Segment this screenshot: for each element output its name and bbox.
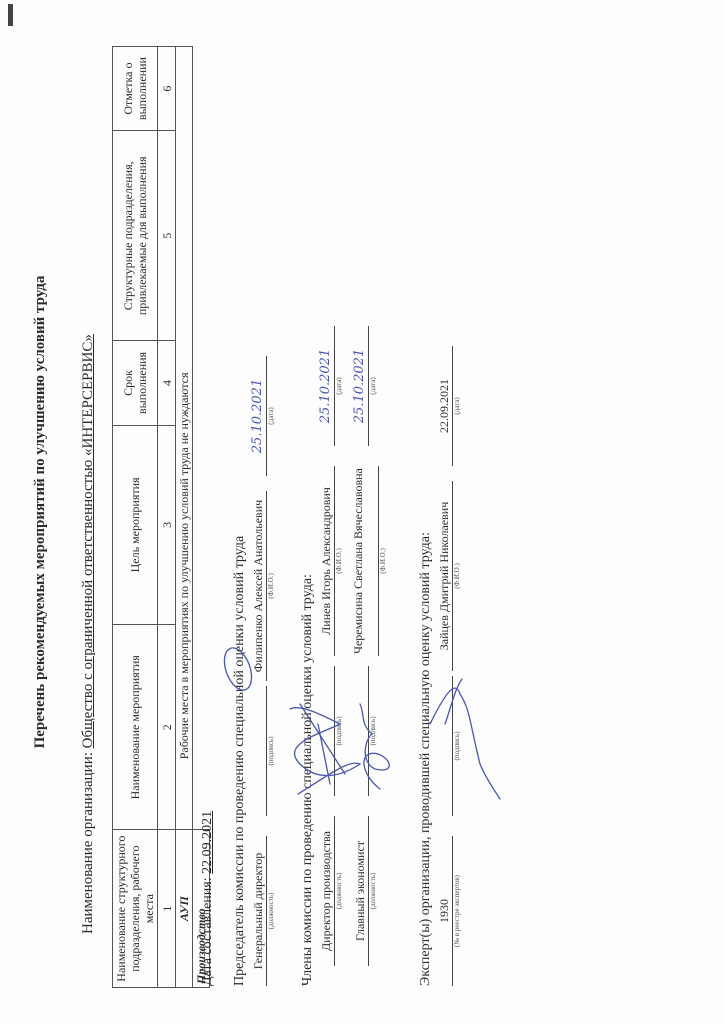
header-departments: Структурные подразделения, привлекаемые …: [113, 131, 158, 341]
chairman-date: 25.10.2021: [250, 356, 267, 476]
header-measure: Наименование мероприятия: [113, 625, 158, 830]
header-deadline: Срок выполнения: [113, 341, 158, 425]
date-compiled-label: Дата составления:: [200, 877, 215, 986]
col-number: 1: [158, 830, 176, 988]
chairman-position: Генеральный директор: [250, 836, 267, 986]
note-cell: Рабочие места в мероприятиях по улучшени…: [176, 47, 193, 830]
caption-date: (дата): [335, 326, 344, 446]
table-header-row: Наименование структурного подразделения,…: [113, 47, 158, 988]
date-compiled-value: 22.09.2021: [200, 811, 215, 874]
caption-signature: (подпись): [369, 666, 378, 796]
organization-label: Наименование организации:: [80, 752, 96, 934]
expert-signature-field: [436, 676, 453, 816]
caption-fio: (Ф.И.О.): [453, 481, 462, 671]
table-number-row: 1 2 3 4 5 6: [158, 47, 176, 988]
document-page: Перечень рекомендуемых мероприятий по ул…: [0, 0, 724, 1024]
expert-section-title: Эксперт(ы) организации, проводившей спец…: [418, 532, 434, 986]
member-position: Главный экономист: [352, 816, 368, 966]
chairman-signature-field: [250, 686, 267, 816]
caption-signature: (подпись): [335, 666, 344, 796]
organization-value: Общество с ограниченной ответственностью…: [80, 334, 96, 748]
measures-table: Наименование структурного подразделения,…: [112, 46, 210, 988]
header-goal: Цель мероприятия: [113, 425, 158, 625]
expert-signature-row: 1930 (№ в реестре экспертов) (подпись) З…: [436, 36, 476, 986]
caption-signature: (подпись): [453, 676, 462, 816]
chairman-name: Филипенко Алексей Анатольевич: [250, 491, 267, 681]
expert-date: 22.09.2021: [436, 346, 453, 466]
header-unit: Наименование структурного подразделения,…: [113, 830, 158, 988]
member-signature-field: [352, 666, 369, 796]
member-name: Черемисина Светлана Вячеславовна: [352, 466, 379, 656]
caption-registry: (№ в реестре экспертов): [453, 836, 462, 986]
expert-name: Зайцев Дмитрий Николаевич: [436, 481, 453, 671]
member-date: 25.10.2021: [318, 326, 335, 446]
scan-artifact: [8, 4, 13, 26]
date-compiled-line: Дата составления: 22.09.2021: [200, 811, 216, 986]
expert-registry-number: 1930: [436, 836, 453, 986]
members-section-title: Члены комиссии по проведению специальной…: [300, 574, 316, 986]
table-row: АУП Рабочие места в мероприятиях по улуч…: [176, 47, 193, 988]
caption-position: (должность): [267, 836, 276, 986]
caption-fio: (Ф.И.О.): [379, 466, 388, 656]
member-date: 25.10.2021: [352, 326, 369, 446]
document-title: Перечень рекомендуемых мероприятий по ул…: [32, 0, 49, 1024]
caption-date: (дата): [369, 326, 378, 446]
caption-position: (должность): [368, 816, 378, 966]
member-name: Линев Игорь Александрович: [318, 466, 335, 656]
caption-position: (должность): [335, 816, 344, 966]
caption-date: (дата): [267, 356, 276, 476]
col-number: 2: [158, 625, 176, 830]
chairman-section-title: Председатель комиссии по проведению спец…: [232, 536, 248, 986]
caption-fio: (Ф.И.О.): [267, 491, 276, 681]
member-signature-row: Главный экономист (должность) (подпись) …: [352, 36, 392, 986]
col-number: 4: [158, 341, 176, 425]
organization-line: Наименование организации: Общество с огр…: [80, 334, 97, 934]
caption-date: (дата): [453, 346, 462, 466]
header-completion: Отметка о выполнении: [113, 47, 158, 131]
caption-fio: (Ф.И.О.): [335, 466, 344, 656]
empty-cell: [193, 47, 210, 830]
col-number: 3: [158, 425, 176, 625]
col-number: 6: [158, 47, 176, 131]
unit-cell: АУП: [176, 830, 193, 988]
member-signature-field: [318, 666, 335, 796]
scanned-page-frame: Перечень рекомендуемых мероприятий по ул…: [0, 0, 724, 1024]
chairman-signature-row: Генеральный директор (должность) (подпис…: [250, 36, 290, 986]
caption-signature: (подпись): [267, 686, 276, 816]
col-number: 5: [158, 131, 176, 341]
member-position: Директор производства: [318, 816, 335, 966]
